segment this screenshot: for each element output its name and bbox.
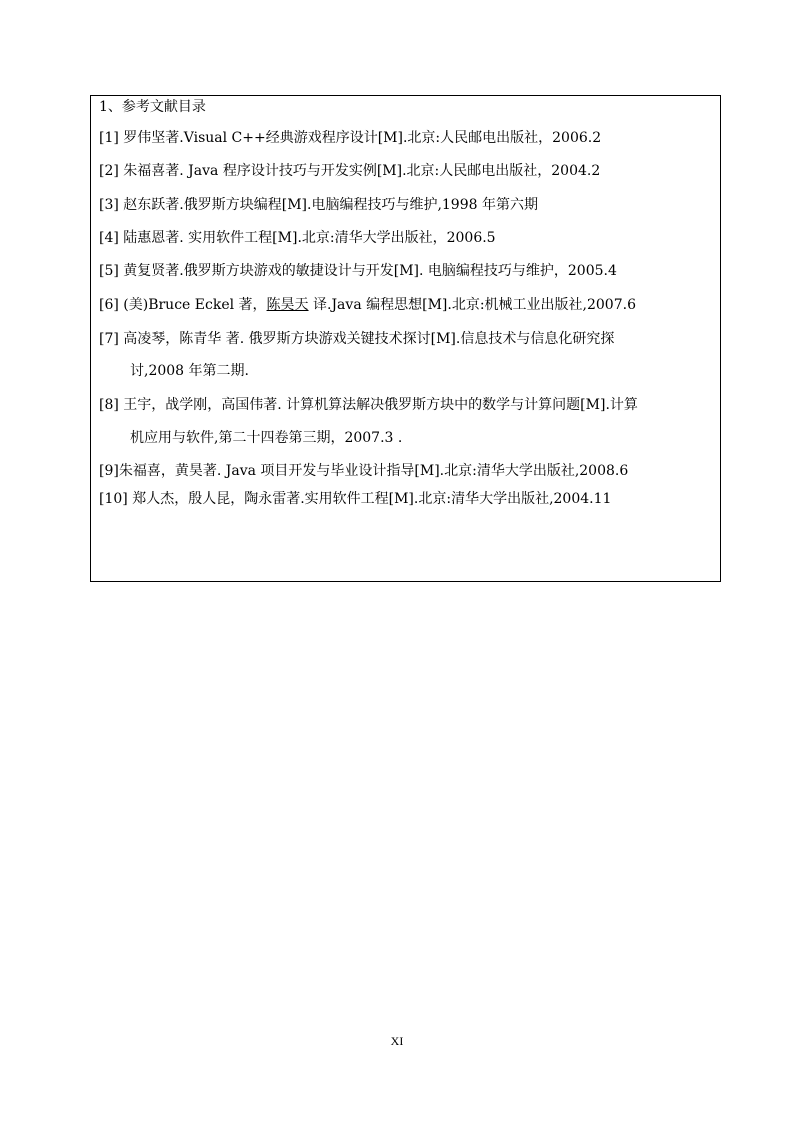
page-number: XI: [0, 1034, 794, 1049]
reference-item-7: [7] 高凌琴，陈青华 著. 俄罗斯方块游戏关键技术探讨[M].信息技术与信息化…: [99, 330, 614, 348]
reference-item-8: [8] 王宇，战学刚，高国伟著. 计算机算法解决俄罗斯方块中的数学与计算问题[M…: [99, 396, 638, 414]
reference-item-9: [9]朱福喜，黄昊著. Java 项目开发与毕业设计指导[M].北京:清华大学出…: [99, 462, 628, 480]
reference-item-5: [5] 黄复贤著.俄罗斯方块游戏的敏捷设计与开发[M]. 电脑编程技巧与维护，2…: [99, 262, 617, 280]
reference-6-suffix: 译.Java 编程思想[M].北京:机械工业出版社,2007.6: [309, 297, 636, 313]
reference-item-2: [2] 朱福喜著. Java 程序设计技巧与开发实例[M].北京:人民邮电出版社…: [99, 162, 600, 180]
reference-item-6: [6] (美)Bruce Eckel 著，陈昊天 译.Java 编程思想[M].…: [99, 296, 636, 314]
reference-item-7-continuation: 讨,2008 年第二期.: [130, 362, 249, 380]
reference-item-10: [10] 郑人杰，殷人昆，陶永雷著.实用软件工程[M].北京:清华大学出版社,2…: [99, 490, 611, 508]
reference-item-3: [3] 赵东跃著.俄罗斯方块编程[M].电脑编程技巧与维护,1998 年第六期: [99, 196, 538, 214]
reference-item-4: [4] 陆惠恩著. 实用软件工程[M].北京:清华大学出版社，2006.5: [99, 229, 496, 247]
reference-6-prefix: [6] (美)Bruce Eckel 著，: [99, 297, 267, 313]
reference-item-1: [1] 罗伟坚著.Visual C++经典游戏程序设计[M].北京:人民邮电出版…: [99, 129, 601, 147]
section-heading: 1、参考文献目录: [99, 98, 206, 116]
reference-item-8-continuation: 机应用与软件,第二十四卷第三期，2007.3 .: [130, 429, 402, 447]
reference-6-translator: 陈昊天: [267, 297, 309, 313]
references-box: 1、参考文献目录 [1] 罗伟坚著.Visual C++经典游戏程序设计[M].…: [90, 95, 721, 582]
